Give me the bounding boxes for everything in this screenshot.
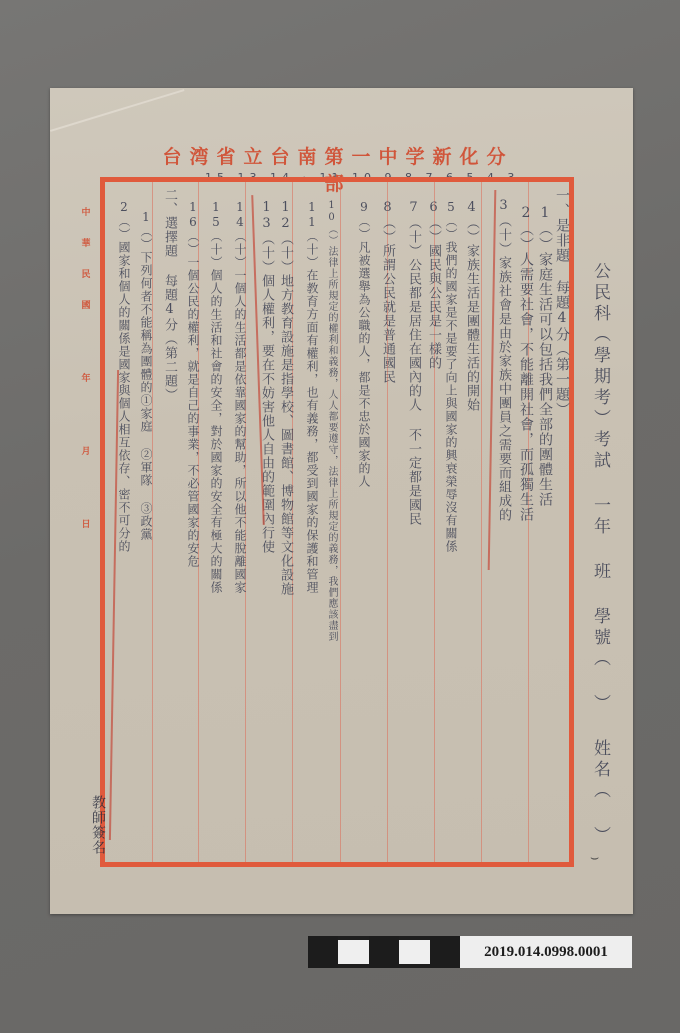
answer-line: 11（十）在教育方面有權利，也有義務，都受到國家的保護和管理 — [304, 200, 321, 594]
color-scale-bar — [308, 936, 460, 968]
answer-line: 10（）法律上所規定的權利和義務，人人都要遵守，法律上所規定的義務，我們應該盡到 — [324, 200, 339, 642]
answer-line: 9（）凡被選舉為公職的人，都是不忠於國家的人 — [356, 200, 373, 488]
check-mark: ⌣ — [590, 850, 599, 866]
answer-line: 7（十）公民都是居住在國內的人 不一定都是國民 — [404, 200, 423, 526]
answer-line: 12（十）地方教育設施是指學校、圖書館、博物館等文化設施 — [276, 200, 295, 596]
exam-header-line: 公民科（學期考）考試 一年 班 學號（ ） 姓名（ ） — [588, 262, 613, 847]
answer-line: 5（）我們的國家是不是要了向上與國家的興衰榮辱沒有關係 — [443, 200, 460, 553]
accession-number-label: 2019.014.0998.0001 — [460, 936, 632, 968]
date-char: 日 — [78, 517, 94, 530]
answer-line: 3（十）家族社會是由於家族中團員之需要而組成的 — [494, 198, 513, 522]
teacher-signature: 教師簽名 — [88, 795, 108, 855]
answer-line: 6（）國民與公民是一樣的 — [424, 200, 443, 370]
date-char: 華 — [78, 236, 94, 249]
date-label: 中 華 民 國 年 月 日 — [78, 205, 94, 530]
scale-block-white — [399, 940, 429, 964]
date-char: 民 — [78, 267, 94, 280]
answer-line: 1（）家庭生活可以包括我們全部的團體生活 — [535, 205, 555, 507]
date-char: 國 — [78, 298, 94, 311]
answer-line: 4（）家族生活是團體生活的開始 — [462, 200, 481, 412]
answer-line: 15（十）個人的生活和社會的安全，對於國家的安全有極大的關係 — [208, 200, 225, 594]
scale-block-white — [338, 940, 368, 964]
date-char: 年 — [78, 371, 94, 384]
answer-line: 二、選擇題 每題4分（第二題） — [160, 188, 179, 402]
scale-block-black — [308, 936, 338, 968]
date-char: 中 — [78, 205, 94, 218]
answer-line: 14（十）一個人的生活都是依靠國家的幫助，所以他不能脫離國家 — [232, 200, 249, 594]
date-char: 月 — [78, 444, 94, 457]
column-rule — [340, 182, 341, 862]
column-rule — [481, 182, 482, 862]
answer-line: 8（）所謂公民就是普通國民 — [378, 200, 397, 384]
answer-line: 1（）下列何者不能稱為團體的①家庭 ②軍隊 ③政黨 — [138, 210, 155, 541]
answer-line: 一、是非題 每題4分（第一題） — [552, 188, 572, 417]
scale-block-black — [369, 936, 399, 968]
scale-block-black — [430, 936, 460, 968]
answer-line: 2（）人需要社會，不能離開社會，而孤獨生活 — [516, 205, 536, 522]
answer-line: 16（）一個公民的權利，就是自己的事業，不必管國家的安危 — [185, 200, 202, 568]
answer-line: 13（十）個人權利，要在不妨害他人自由的範圍內行使 — [257, 200, 276, 554]
